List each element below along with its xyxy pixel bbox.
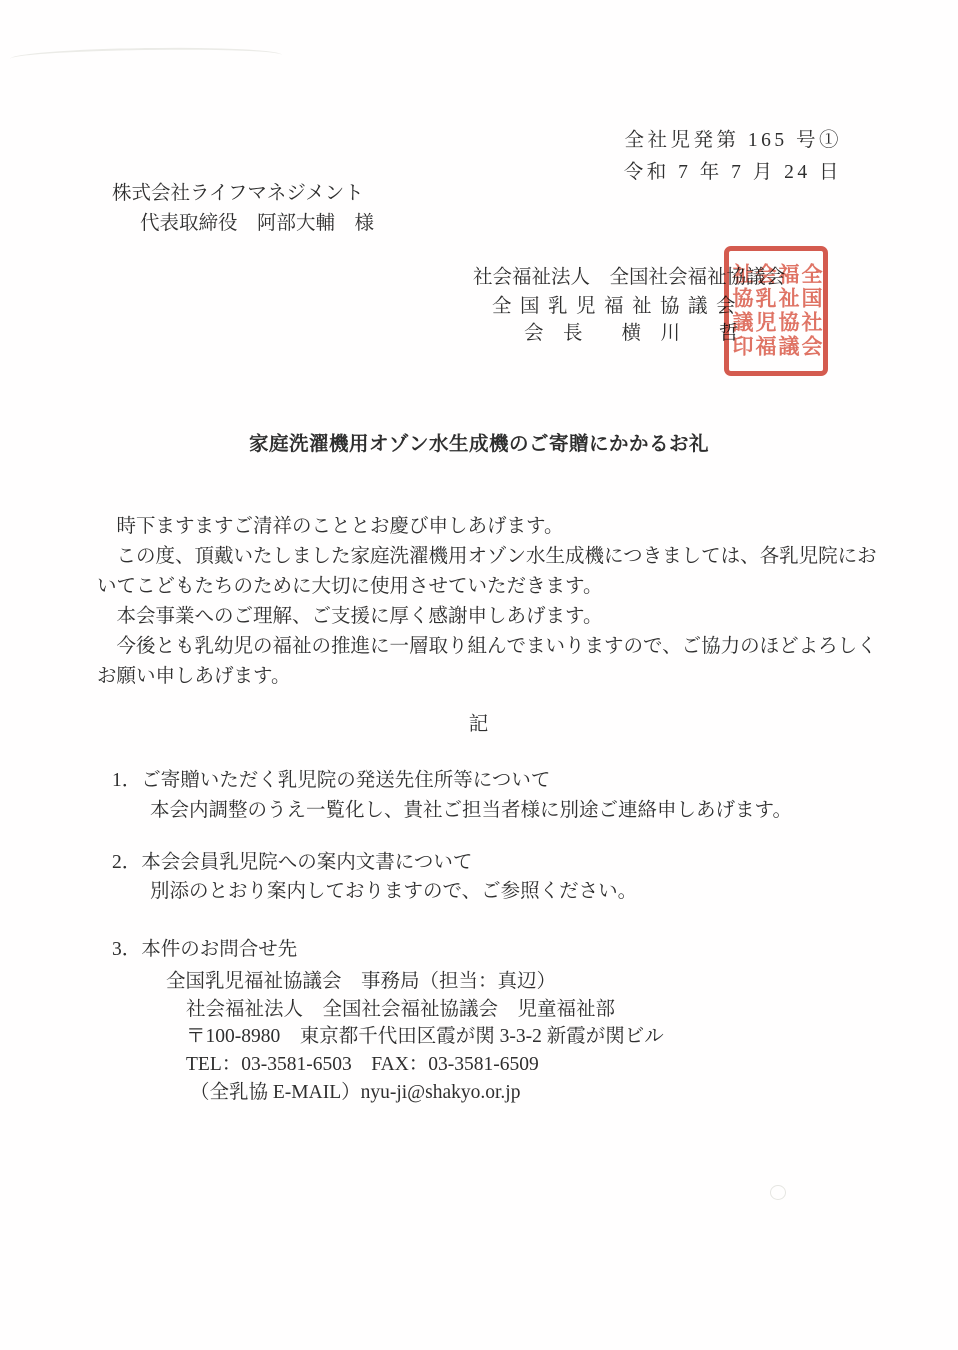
letter-body: 時下ますますご清祥のこととお慶び申しあげます。 この度、頂戴いたしました家庭洗濯…: [97, 512, 887, 692]
body-line: お願い申しあげます。: [97, 662, 887, 692]
recipient-name: 代表取締役 阿部大輔 様: [140, 207, 374, 235]
seal-column: 祉協議印: [731, 263, 752, 359]
scan-smudge-artifact: [10, 46, 282, 68]
scan-speck-artifact: [770, 1185, 786, 1200]
document-date: 令和 7 年 7 月 24 日: [624, 156, 842, 184]
seal-column: 会乳児福: [754, 263, 775, 359]
document-number: 全社児発第 165 号①: [624, 124, 842, 152]
recipient-company: 株式会社ライフマネジメント: [112, 177, 364, 205]
item-2-title: 2．本会会員乳児院への案内文書について: [112, 846, 472, 874]
official-red-seal: 全国社会 福祉協議 会乳児福 祉協議印: [724, 246, 828, 376]
letter-title: 家庭洗濯機用オゾン水生成機のご寄贈にかかるお礼: [0, 428, 958, 456]
body-line: いてこどもたちのために大切に使用させていただきます。: [97, 572, 887, 602]
contact-email-line: （全乳協 E-MAIL）nyu-ji@shakyo.or.jp: [190, 1076, 520, 1104]
item-2-body: 別添のとおり案内しておりますので、ご参照ください。: [150, 875, 637, 903]
letter-page: 全社児発第 165 号① 令和 7 年 7 月 24 日 株式会社ライフマネジメ…: [0, 0, 958, 1350]
sender-organization: 全国乳児福祉協議会: [492, 290, 744, 318]
body-line: 時下ますますご清祥のこととお慶び申しあげます。: [97, 512, 887, 542]
item-1-title: 1．ご寄贈いただく乳児院の発送先住所等について: [112, 764, 550, 792]
item-1-body: 本会内調整のうえ一覧化し、貴社ご担当者様に別途ご連絡申しあげます。: [150, 794, 792, 822]
body-line: この度、頂戴いたしました家庭洗濯機用オゾン水生成機につきましては、各乳児院にお: [97, 542, 887, 572]
contact-department-line: 社会福祉法人 全国社会福祉協議会 児童福祉部: [186, 993, 615, 1021]
contact-office-line: 全国乳児福祉協議会 事務局（担当：真辺）: [166, 965, 556, 993]
body-line: 本会事業へのご理解、ご支援に厚く感謝申しあげます。: [97, 602, 887, 632]
item-3-title: 3．本件のお問合せ先: [112, 933, 297, 961]
notation-ki: 記: [0, 708, 958, 736]
contact-address-line: 〒100-8980 東京都千代田区霞が関 3-3-2 新霞が関ビル: [186, 1020, 664, 1048]
seal-column: 福祉協議: [777, 263, 798, 359]
sender-president-name: 会 長 横 川 哲: [524, 317, 739, 345]
contact-tel-fax-line: TEL：03-3581-6503 FAX：03-3581-6509: [186, 1048, 539, 1076]
body-line: 今後とも乳幼児の福祉の推進に一層取り組んでまいりますので、ご協力のほどよろしく: [97, 632, 887, 662]
seal-column: 全国社会: [800, 263, 821, 359]
